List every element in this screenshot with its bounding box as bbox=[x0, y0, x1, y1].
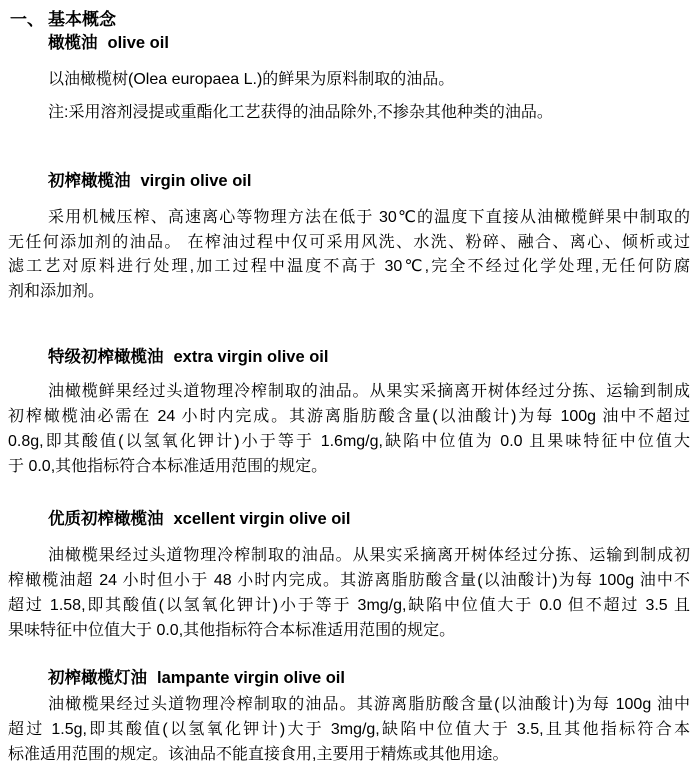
term-cn: 初榨橄榄灯油 bbox=[48, 669, 147, 687]
term-en: lampante virgin olive oil bbox=[157, 669, 345, 687]
term-en: olive oil bbox=[108, 34, 169, 52]
term-cn: 优质初榨橄榄油 bbox=[48, 510, 164, 528]
term-en: xcellent virgin olive oil bbox=[174, 510, 351, 528]
body-line: 滤工艺对原料进行处理,加工过程中温度不高于 30℃,完全不经过化学处理,无任何防… bbox=[8, 257, 690, 277]
doc-heading: 一、基本概念 bbox=[10, 9, 116, 30]
term-heading-xcellent-virgin-olive-oil: 优质初榨橄榄油xcellent virgin olive oil bbox=[48, 509, 350, 530]
body-line: 采用机械压榨、高速离心等物理方法在低于 30℃的温度下直接从油橄榄鲜果中制取的 bbox=[8, 208, 690, 228]
body-line: 于 0.0,其他指标符合本标准适用范围的规定。 bbox=[8, 457, 690, 477]
document-page: 一、基本概念 橄榄油olive oil 以油橄榄树(Olea europaea … bbox=[0, 0, 700, 780]
heading-title: 基本概念 bbox=[48, 10, 116, 29]
body-line: 超过 1.5g,即其酸值(以氢氧化钾计)大于 3mg/g,缺陷中位值大于 3.5… bbox=[8, 720, 690, 740]
body-line: 无任何添加剂的油品。 在榨油过程中仅可采用风洗、水洗、粉碎、融合、离心、倾析或过 bbox=[8, 233, 690, 253]
body-line: 榨橄榄油超 24 小时但小于 48 小时内完成。其游离脂肪酸含量(以油酸计)为每… bbox=[8, 571, 690, 591]
term-heading-lampante-virgin-olive-oil: 初榨橄榄灯油lampante virgin olive oil bbox=[48, 668, 345, 689]
body-line: 剂和添加剂。 bbox=[8, 282, 690, 302]
body-line: 油橄榄鲜果经过头道物理冷榨制取的油品。从果实采摘离开树体经过分拣、运输到制成 bbox=[8, 382, 690, 402]
term-heading-extra-virgin-olive-oil: 特级初榨橄榄油extra virgin olive oil bbox=[48, 347, 328, 368]
body-line: 0.8g,即其酸值(以氢氧化钾计)小于等于 1.6mg/g,缺陷中位值为 0.0… bbox=[8, 432, 690, 452]
term-en: virgin olive oil bbox=[141, 172, 252, 190]
note-line: 注:采用溶剂浸提或重酯化工艺获得的油品除外,不掺杂其他种类的油品。 bbox=[48, 103, 553, 123]
heading-number: 一、 bbox=[10, 9, 48, 30]
term-heading-virgin-olive-oil: 初榨橄榄油virgin olive oil bbox=[48, 171, 251, 192]
body-line: 标准适用范围的规定。该油品不能直接食用,主要用于精炼或其他用途。 bbox=[8, 745, 690, 765]
definition-line: 以油橄榄树(Olea europaea L.)的鲜果为原料制取的油品。 bbox=[48, 70, 454, 90]
term-cn: 特级初榨橄榄油 bbox=[48, 348, 164, 366]
body-line: 油橄榄果经过头道物理冷榨制取的油品。其游离脂肪酸含量(以油酸计)为每 100g … bbox=[8, 695, 690, 715]
body-line: 超过 1.58,即其酸值(以氢氧化钾计)小于等于 3mg/g,缺陷中位值大于 0… bbox=[8, 596, 690, 616]
term-en: extra virgin olive oil bbox=[174, 348, 329, 366]
term-cn: 橄榄油 bbox=[48, 34, 98, 52]
body-line: 果味特征中位值大于 0.0,其他指标符合本标准适用范围的规定。 bbox=[8, 621, 690, 641]
body-line: 初榨橄榄油必需在 24 小时内完成。其游离脂肪酸含量(以油酸计)为每 100g … bbox=[8, 407, 690, 427]
term-heading-olive-oil: 橄榄油olive oil bbox=[48, 33, 169, 54]
body-line: 油橄榄果经过头道物理冷榨制取的油品。从果实采摘离开树体经过分拣、运输到制成初 bbox=[8, 546, 690, 566]
term-cn: 初榨橄榄油 bbox=[48, 172, 131, 190]
